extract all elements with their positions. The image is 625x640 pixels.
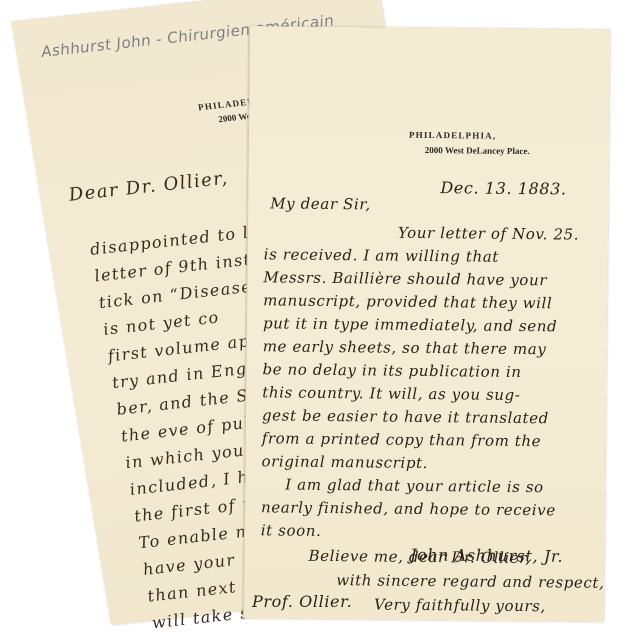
body-line: gest be easier to have it translated — [262, 406, 549, 427]
closing-line: with sincere regard and respect, — [336, 571, 604, 592]
letter-closing: Believe me, dear Dr. Ollier, with sincer… — [250, 26, 610, 30]
body-line: be no delay in its publication in — [262, 360, 521, 381]
body-line: Your letter of Nov. 25. — [398, 224, 579, 244]
body-line: from a printed copy than from the — [262, 429, 542, 450]
back-line: will take s — [150, 603, 251, 632]
back-line: is not yet co — [102, 307, 221, 338]
body-line: I am glad that your article is so — [285, 476, 544, 497]
salutation: My dear Sir, — [270, 194, 371, 213]
front-letterhead-address: 2000 West DeLancey Place. — [425, 145, 530, 156]
body-line: put it in type immediately, and send — [263, 314, 557, 335]
front-letterhead-city: PHILADELPHIA, — [409, 130, 496, 141]
back-line: have your — [142, 550, 237, 579]
body-line: manuscript, provided that they will — [263, 291, 552, 312]
body-line: is received. I am willing that — [264, 245, 499, 265]
body-line: original manuscript. — [261, 452, 428, 472]
back-line: than next — [146, 577, 238, 605]
body-line: it soon. — [261, 521, 322, 540]
addressee: Prof. Ollier. — [252, 592, 352, 611]
letter-body: Your letter of Nov. 25. is received. I a… — [250, 26, 610, 30]
body-line: Messrs. Baillière should have your — [263, 268, 547, 289]
body-line: this country. It will, as you sug- — [262, 383, 520, 404]
body-line: nearly finished, and hope to receive — [261, 498, 556, 519]
signature: John Ashhurst, Jr. — [410, 545, 563, 566]
body-line: me early sheets, so that there may — [263, 337, 547, 358]
back-salutation: Dear Dr. Ollier, — [67, 168, 230, 206]
letter-date: Dec. 13. 1883. — [440, 178, 566, 198]
closing-line: Very faithfully yours, — [374, 595, 546, 615]
front-letter-page: PHILADELPHIA, 2000 West DeLancey Place. … — [243, 26, 610, 622]
